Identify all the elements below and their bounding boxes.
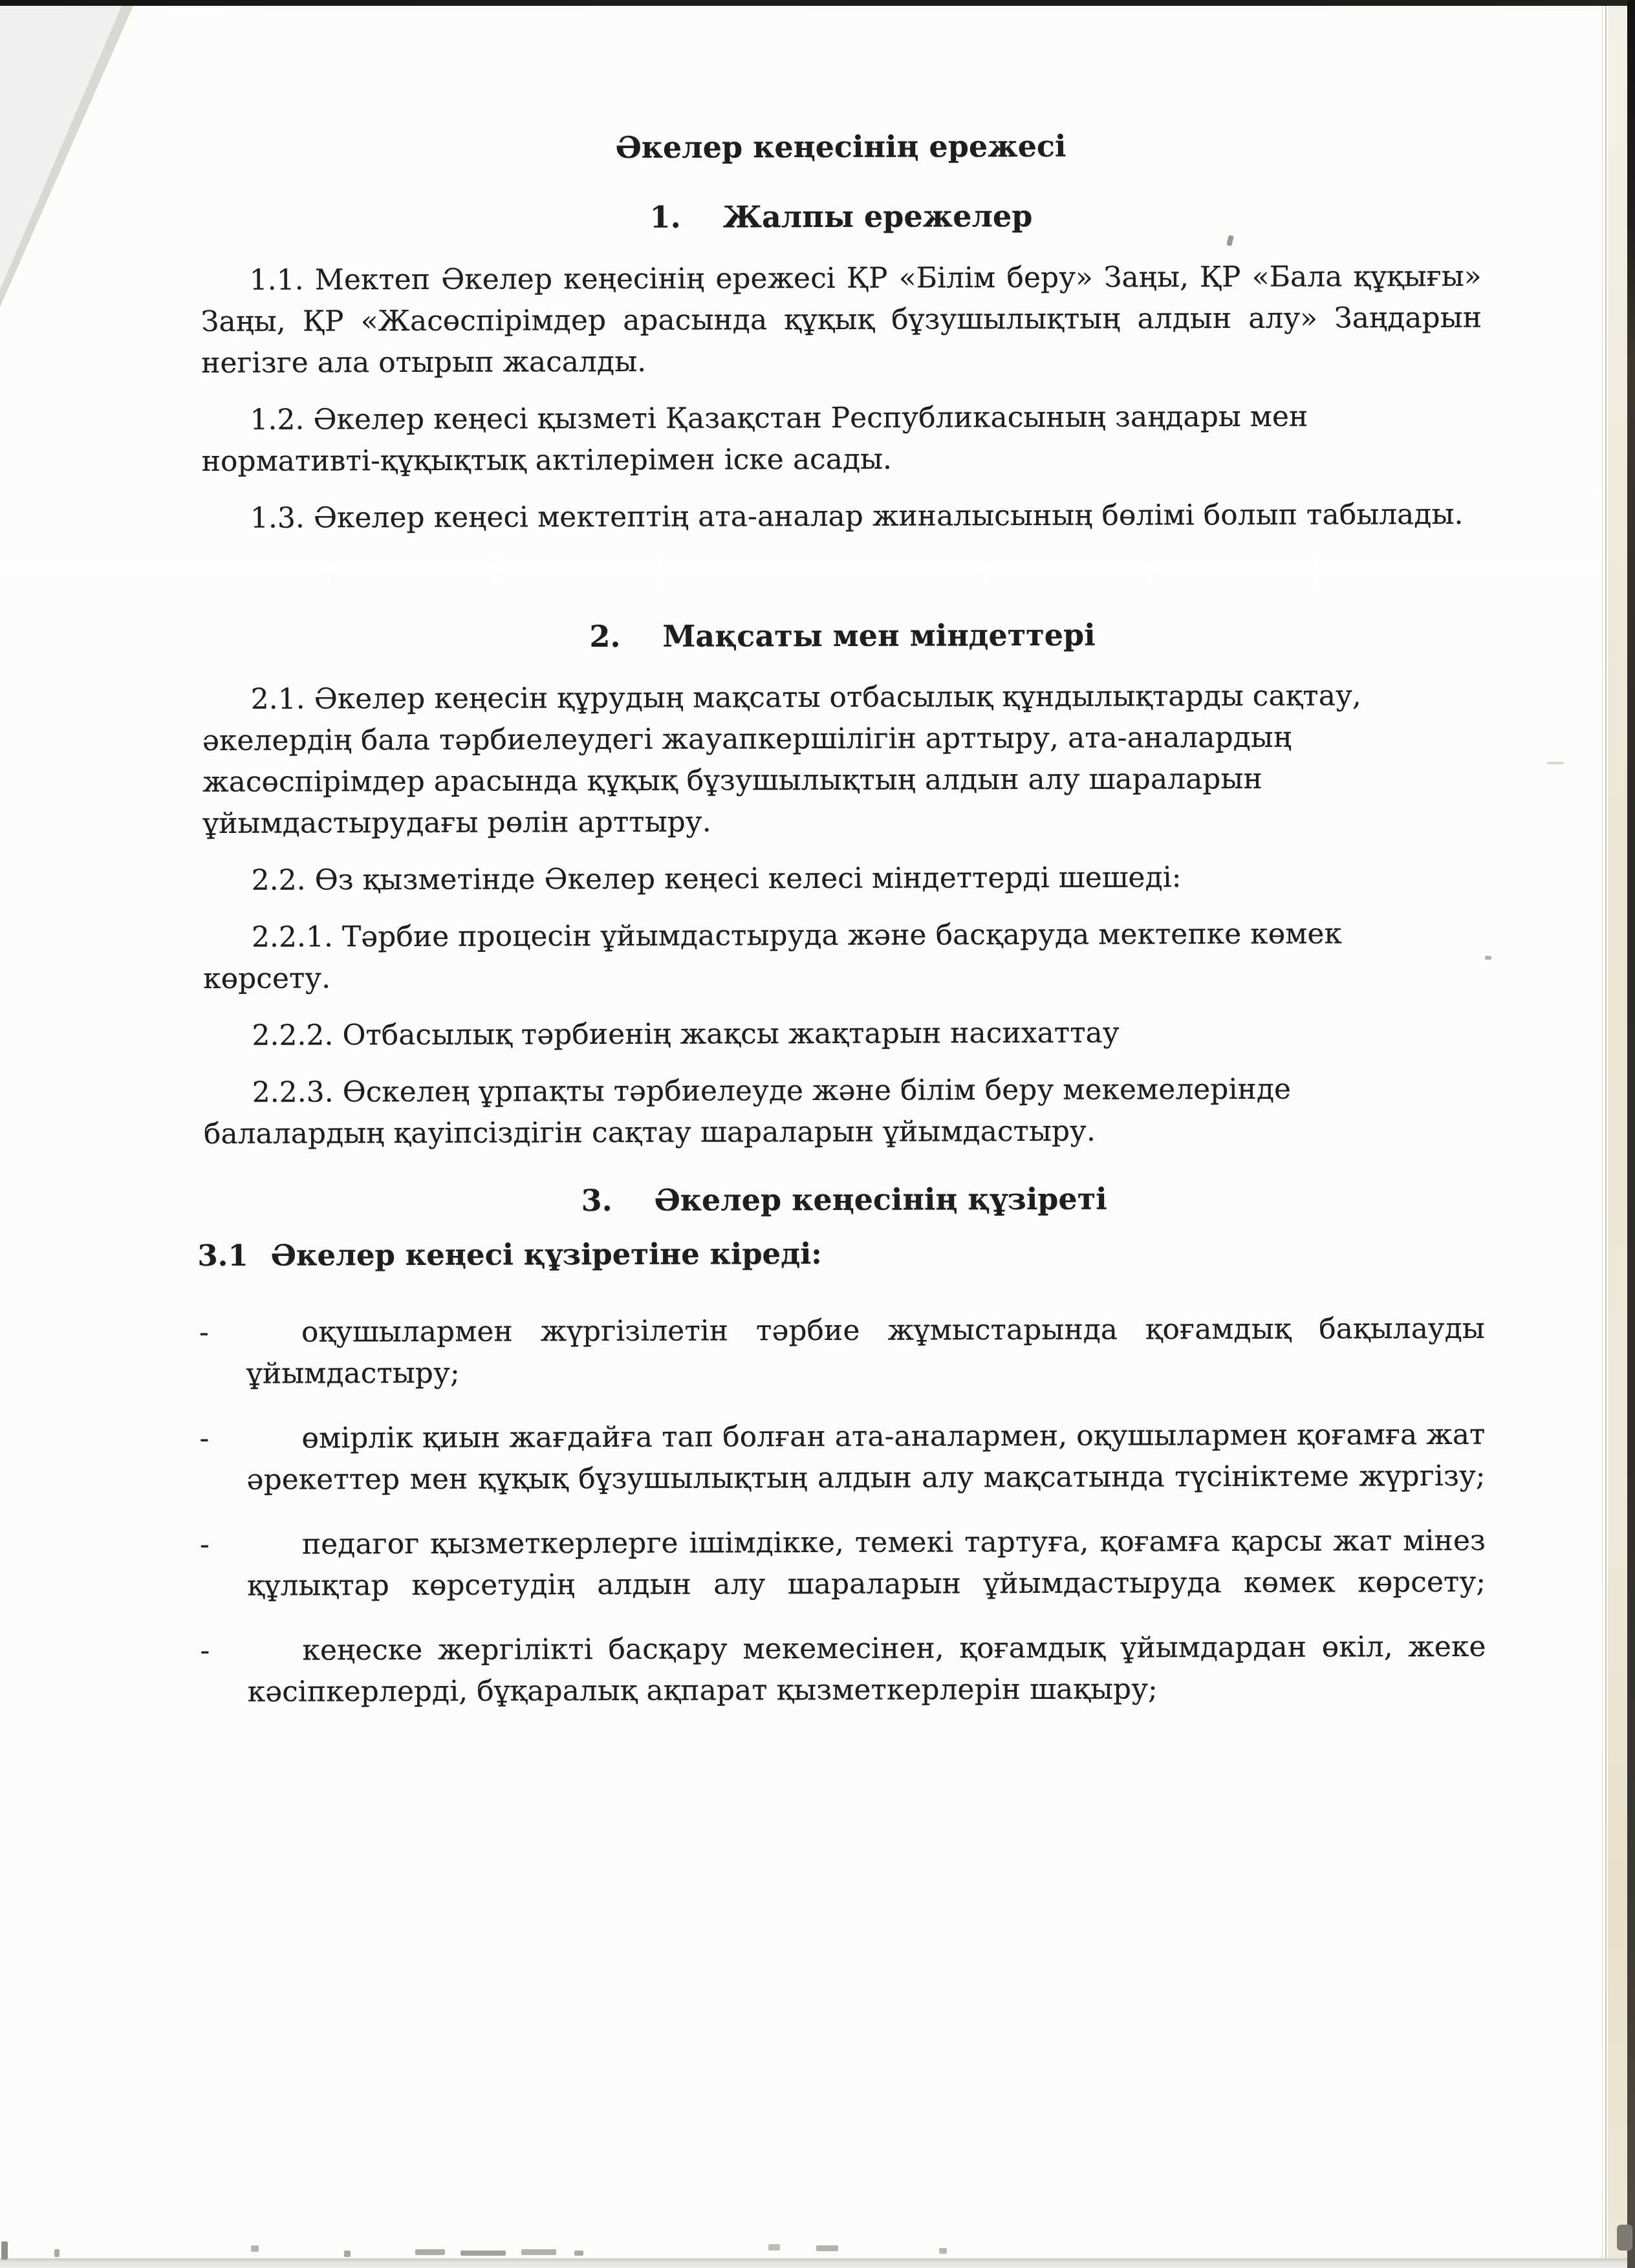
text-line: Заңы, ҚР «Жасөспірімдер арасында құқық б… (201, 297, 1482, 343)
paper-crease-line (1602, 0, 1603, 2268)
scan-speck (1, 2241, 8, 2260)
bullet-list: - оқушылармен жүргізілетін тәрбие жұмыст… (204, 1308, 1486, 1713)
scan-edge-right-paper (1608, 0, 1627, 2268)
text-line: 2.2.3. Өскелең ұрпақты тәрбиелеуде және … (204, 1068, 1484, 1114)
section-3-heading: 3.Әкелер кеңесінің құзіреті (204, 1177, 1484, 1222)
text-line: негізге ала отырып жасалды. (201, 339, 1482, 384)
text-line: жасөспірімдер арасында құқық бұзушылықты… (202, 758, 1483, 803)
text-line: 2.2. Өз қызметінде Әкелер кеңесі келесі … (203, 856, 1484, 902)
scan-speck (344, 2251, 351, 2257)
subsection-3-1-number: 3.1 (197, 1238, 248, 1273)
dash-marker: - (200, 1524, 210, 1566)
subsection-3-1-heading: 3.1Әкелер кеңесі құзіретіне кіреді: (197, 1231, 1484, 1277)
paragraph-1-3: 1.3. Әкелер кеңесі мектептің ата-аналар … (202, 494, 1482, 539)
scan-speck (251, 2245, 259, 2252)
scan-speck (54, 2249, 60, 2257)
text-line: балалардың қауіпсіздігін сақтау шаралары… (204, 1110, 1484, 1155)
scan-speck (816, 2245, 838, 2251)
section-3-number: 3. (581, 1183, 612, 1218)
bullet-item-1: - оқушылармен жүргізілетін тәрбие жұмыст… (198, 1308, 1485, 1395)
scanned-document-page: Әкелер кеңесінің ережесі 1.Жалпы ережеле… (0, 0, 1635, 2268)
text-line: оқушылармен жүргізілетін тәрбие жұмыстар… (246, 1308, 1485, 1354)
bullet-item-4: - кеңеске жергілікті басқару мекемесінен… (199, 1626, 1486, 1713)
corner-fold (0, 0, 124, 290)
dash-marker: - (199, 1312, 209, 1354)
dash-marker: - (199, 1418, 209, 1460)
section-1-heading: 1.Жалпы ережелер (200, 194, 1481, 239)
scan-speck (460, 2251, 506, 2256)
text-line: әкелердің бала тәрбиелеудегі жауапкершіл… (202, 717, 1483, 762)
scan-speck (415, 2249, 445, 2255)
scan-speck (1617, 2225, 1632, 2251)
scan-speck (768, 2244, 780, 2251)
text-line: ұйымдастыру; (246, 1350, 1485, 1395)
text-line: 1.2. Әкелер кеңесі қызметі Қазақстан Рес… (201, 396, 1482, 441)
section-3-title: Әкелер кеңесінің құзіреті (655, 1182, 1107, 1218)
scan-edge-top (0, 0, 1635, 6)
text-line: 1.3. Әкелер кеңесі мектептің ата-аналар … (202, 494, 1482, 539)
section-2-title: Мақсаты мен міндеттері (662, 618, 1095, 654)
text-line: өмірлік қиын жағдайға тап болған ата-ана… (246, 1414, 1485, 1460)
text-line: көрсету. (203, 955, 1484, 1000)
scan-speck (574, 2251, 583, 2256)
text-line: педагог қызметкерлерге ішімдікке, темекі… (247, 1520, 1486, 1566)
section-2-number: 2. (589, 619, 620, 654)
scan-edge-bottom (0, 2258, 1635, 2268)
scan-speck (939, 2248, 947, 2254)
section-1-title: Жалпы ережелер (723, 199, 1033, 235)
bullet-item-3: - педагог қызметкерлерге ішімдікке, теме… (199, 1520, 1486, 1607)
scan-edge-right-dark (1627, 0, 1635, 2268)
paragraph-2-1: 2.1. Әкелер кеңесін құрудың мақсаты отба… (202, 675, 1484, 845)
text-line: нормативті-құқықтық актілерімен іске аса… (202, 437, 1482, 482)
scan-speck (1547, 762, 1564, 764)
text-line: ұйымдастырудағы рөлін арттыру. (202, 799, 1483, 845)
text-line: 2.1. Әкелер кеңесін құрудың мақсаты отба… (202, 675, 1483, 720)
text-line: әрекеттер мен құқық бұзушылықтың алдын а… (246, 1456, 1485, 1501)
text-line: кеңеске жергілікті басқару мекемесінен, … (247, 1626, 1486, 1672)
document-content: Әкелер кеңесінің ережесі 1.Жалпы ережеле… (200, 124, 1486, 1736)
paragraph-1-2: 1.2. Әкелер кеңесі қызметі Қазақстан Рес… (201, 396, 1482, 482)
paragraph-1-1: 1.1. Мектеп Әкелер кеңесінің ережесі ҚР … (201, 256, 1482, 384)
paragraph-2-2: 2.2. Өз қызметінде Әкелер кеңесі келесі … (203, 856, 1484, 902)
paragraph-2-2-1: 2.2.1. Тәрбие процесін ұйымдастыруда жән… (203, 913, 1484, 1000)
text-line: 2.2.1. Тәрбие процесін ұйымдастыруда жән… (203, 913, 1484, 958)
section-2-heading: 2.Мақсаты мен міндеттері (202, 613, 1482, 658)
bullet-item-2: - өмірлік қиын жағдайға тап болған ата-а… (198, 1414, 1485, 1501)
dash-marker: - (200, 1630, 210, 1672)
subsection-3-1-title: Әкелер кеңесі құзіретіне кіреді: (271, 1237, 822, 1273)
section-1-number: 1. (649, 200, 680, 235)
scan-speck (521, 2249, 556, 2255)
text-line: 1.1. Мектеп Әкелер кеңесінің ережесі ҚР … (201, 256, 1482, 301)
scan-speck (1485, 956, 1491, 960)
text-line: құлықтар көрсетудің алдын алу шараларын … (247, 1562, 1486, 1607)
text-line: 2.2.2. Отбасылық тәрбиенің жақсы жақтары… (203, 1011, 1484, 1057)
paragraph-2-2-2: 2.2.2. Отбасылық тәрбиенің жақсы жақтары… (203, 1011, 1484, 1057)
document-title: Әкелер кеңесінің ережесі (200, 124, 1481, 169)
text-line: кәсіпкерлерді, бұқаралық ақпарат қызметк… (247, 1668, 1486, 1713)
paper-edge-line (1605, 0, 1607, 2268)
paragraph-2-2-3: 2.2.3. Өскелең ұрпақты тәрбиелеуде және … (204, 1068, 1484, 1155)
